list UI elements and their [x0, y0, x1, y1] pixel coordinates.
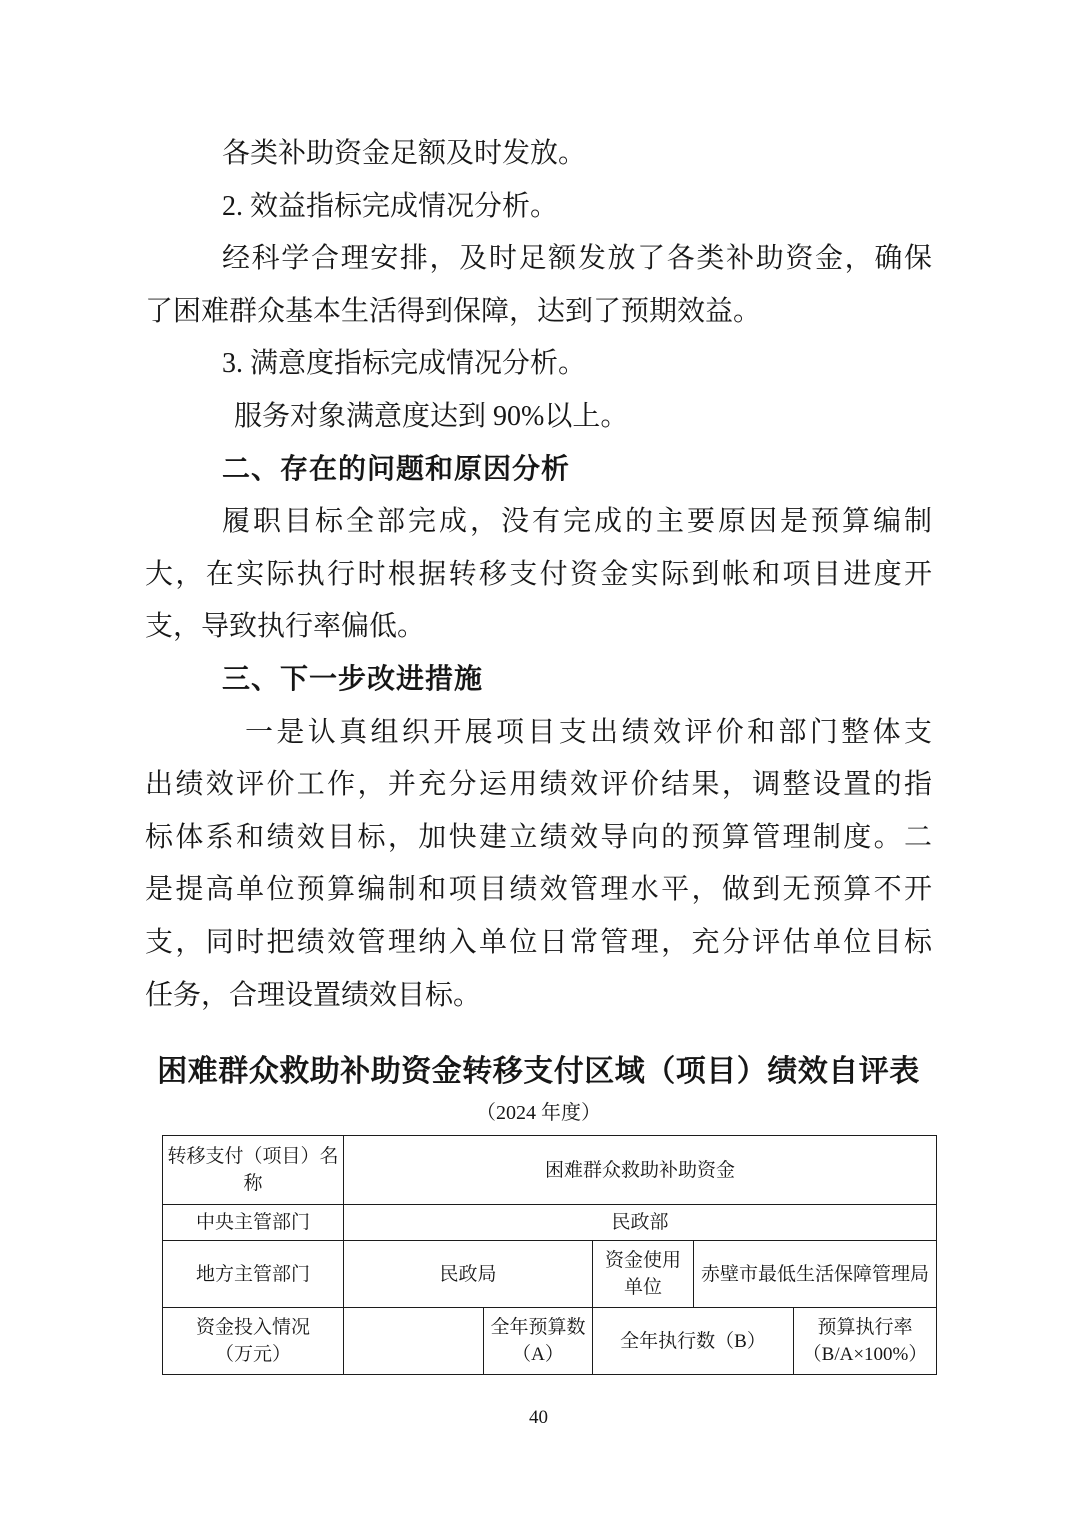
body-line: 履职目标全部完成，没有完成的主要原因是预算编制 — [145, 496, 932, 549]
cell-local-dept-value: 民政局 — [344, 1241, 593, 1308]
table-year-subtitle: （2024 年度） — [145, 1100, 932, 1126]
body-line: 支，同时把绩效管理纳入单位日常管理，充分评估单位目标 — [145, 917, 932, 970]
cell-transfer-name-label: 转移支付（项目）名 称 — [163, 1136, 344, 1205]
section-heading: 三、下一步改进措施 — [145, 654, 932, 707]
cell-text: 资金使用 — [605, 1250, 681, 1271]
page-number: 40 — [145, 1407, 932, 1429]
cell-text: 单位 — [624, 1277, 662, 1298]
body-line: 3. 满意度指标完成情况分析。 — [145, 338, 932, 391]
cell-text: （万元） — [215, 1344, 291, 1365]
cell-text: 预算执行率 — [818, 1317, 913, 1338]
cell-text: 称 — [243, 1173, 262, 1194]
cell-text: （A） — [512, 1344, 564, 1365]
cell-transfer-name-value: 困难群众救助补助资金 — [344, 1136, 937, 1205]
cell-text: （B/A×100%） — [803, 1344, 928, 1365]
document-page: 各类补助资金足额及时发放。 2. 效益指标完成情况分析。 经科学合理安排，及时足… — [0, 0, 1074, 1520]
cell-central-dept-label: 中央主管部门 — [163, 1205, 344, 1241]
performance-self-eval-table: 转移支付（项目）名 称 困难群众救助补助资金 中央主管部门 民政部 地方主管部门… — [162, 1135, 937, 1375]
cell-central-dept-value: 民政部 — [344, 1205, 937, 1241]
cell-execution-rate-label: 预算执行率 （B/A×100%） — [794, 1308, 937, 1375]
cell-annual-execution-label: 全年执行数（B） — [593, 1308, 794, 1375]
section-heading: 二、存在的问题和原因分析 — [145, 444, 932, 497]
body-line: 是提高单位预算编制和项目绩效管理水平，做到无预算不开 — [145, 864, 932, 917]
page-content: 各类补助资金足额及时发放。 2. 效益指标完成情况分析。 经科学合理安排，及时足… — [0, 0, 1074, 1429]
body-line: 出绩效评价工作，并充分运用绩效评价结果，调整设置的指 — [145, 759, 932, 812]
cell-fund-user-label: 资金使用 单位 — [593, 1241, 694, 1308]
cell-text: 全年预算数 — [490, 1317, 585, 1338]
body-line: 任务，合理设置绩效目标。 — [145, 970, 932, 1023]
body-line: 各类补助资金足额及时发放。 — [145, 128, 932, 181]
body-line: 大，在实际执行时根据转移支付资金实际到帐和项目进度开 — [145, 549, 932, 602]
table-title: 困难群众救助补助资金转移支付区域（项目）绩效自评表 — [145, 1052, 932, 1092]
body-line: 服务对象满意度达到 90%以上。 — [145, 391, 932, 444]
cell-fund-user-value: 赤壁市最低生活保障管理局 — [694, 1241, 937, 1308]
cell-fund-input-label: 资金投入情况 （万元） — [163, 1308, 344, 1375]
body-line: 一是认真组织开展项目支出绩效评价和部门整体支 — [145, 707, 932, 760]
cell-local-dept-label: 地方主管部门 — [163, 1241, 344, 1308]
cell-fund-input-blank — [344, 1308, 484, 1375]
body-line: 标体系和绩效目标，加快建立绩效导向的预算管理制度。二 — [145, 812, 932, 865]
body-line: 支，导致执行率偏低。 — [145, 601, 932, 654]
cell-text: 资金投入情况 — [196, 1317, 310, 1338]
body-line: 经科学合理安排，及时足额发放了各类补助资金，确保 — [145, 233, 932, 286]
cell-annual-budget-label: 全年预算数 （A） — [484, 1308, 593, 1375]
body-line: 2. 效益指标完成情况分析。 — [145, 181, 932, 234]
cell-text: 转移支付（项目）名 — [167, 1146, 338, 1167]
body-line: 了困难群众基本生活得到保障，达到了预期效益。 — [145, 286, 932, 339]
